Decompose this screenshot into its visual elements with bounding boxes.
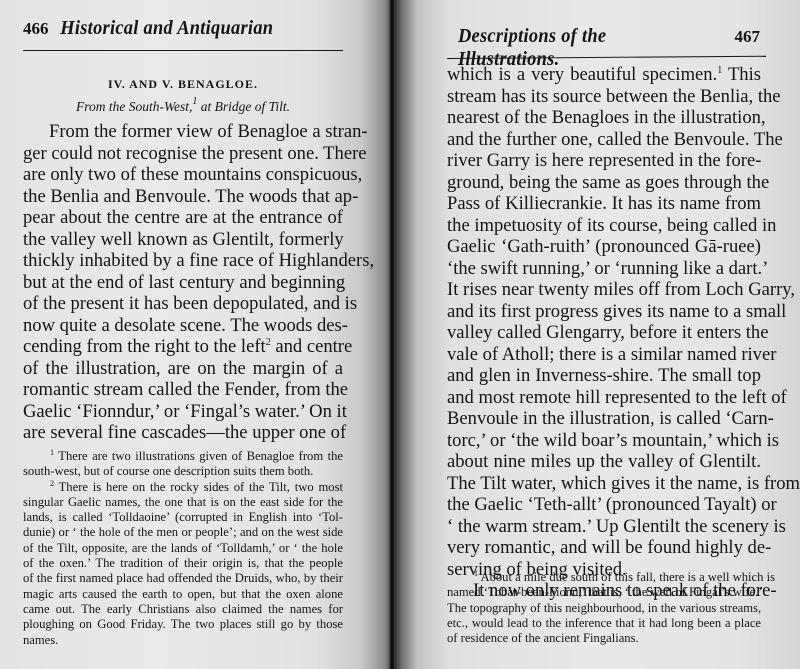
footnote-line: The topography of this neighbourhood, in… bbox=[447, 601, 761, 616]
body-line: river Garry is here represented in the f… bbox=[447, 150, 761, 172]
subtitle-tail: at Bridge of Tilt. bbox=[197, 99, 290, 114]
body-line: and most remote hill represented to the … bbox=[447, 387, 761, 409]
body-line: ‘ the warm stream.’ Up Glentilt the scen… bbox=[447, 516, 761, 538]
footnote-line: 1 There are two illustrations given of B… bbox=[23, 449, 343, 464]
body-line-text: cending from the right to the left bbox=[23, 336, 266, 357]
left-page: 466 Historical and Antiquarian IV. AND V… bbox=[0, 0, 393, 669]
body-line: and the further one, called the Benvoule… bbox=[447, 129, 761, 151]
footnote-text: There is here on the rocky sides of the … bbox=[59, 480, 343, 494]
footnote-marker: 1 bbox=[474, 569, 478, 578]
page-number: 467 bbox=[735, 27, 761, 47]
footnote-line: etc., would lead to the inference that i… bbox=[447, 616, 761, 631]
footnotes: 1 About a mile due south of this fall, t… bbox=[447, 570, 761, 646]
running-title: Historical and Antiquarian bbox=[61, 17, 274, 40]
right-page: Descriptions of the Illustrations. 467 w… bbox=[393, 0, 800, 669]
body-line: Gaelic ‘Fionndur,’ or ‘Fingal’s water.’ … bbox=[23, 401, 343, 423]
body-line: the Gaelic ‘Teth-allt’ (pronounced Tayal… bbox=[447, 494, 761, 516]
footnote-line: named ‘Tobar-bean-Fionn,’ that is, ‘ the… bbox=[447, 585, 761, 600]
body-line: ger could not recognise the present one.… bbox=[23, 143, 343, 165]
footnote-text: About a mile due south of this fall, the… bbox=[480, 570, 775, 584]
section-heading: IV. AND V. BENAGLOE. bbox=[23, 77, 343, 92]
body-line: Pass of Killiecrankie. It has its name f… bbox=[447, 193, 761, 215]
footnote-text: There are two illustrations given of Ben… bbox=[58, 449, 343, 463]
footnote-line: came out. The early Christians also clai… bbox=[23, 602, 343, 617]
footnote-line: south-west, but of course one descriptio… bbox=[23, 464, 343, 479]
body-line: The Tilt water, which gives it the name,… bbox=[447, 473, 761, 495]
footnote-line: dunie) or ‘ the hole of the men or peopl… bbox=[23, 525, 343, 540]
footnote-line: ploughing on Good Friday. The two places… bbox=[23, 617, 343, 632]
left-running-head: 466 Historical and Antiquarian bbox=[23, 17, 343, 40]
body-line: but at the end of last century and begin… bbox=[23, 272, 343, 294]
body-line-text: which is a very beautiful specimen. bbox=[447, 64, 717, 85]
book-spine bbox=[389, 0, 395, 669]
body-line: very romantic, and will be found highly … bbox=[447, 537, 761, 559]
footnotes: 1 There are two illustrations given of B… bbox=[23, 449, 343, 648]
body-line: of the illustration, are on the margin o… bbox=[23, 358, 343, 380]
body-line: ‘the swift running,’ or ‘running like a … bbox=[447, 258, 761, 280]
body-line-tail: and centre bbox=[271, 336, 353, 357]
body-line: thickly inhabited by a fine race of High… bbox=[23, 250, 343, 272]
body-line: of the present it has been depopulated, … bbox=[23, 293, 343, 315]
body-line: are only two of these mountains conspicu… bbox=[23, 164, 343, 186]
footnote-line: 2 There is here on the rocky sides of th… bbox=[23, 480, 343, 495]
body-line: ground, being the same as goes through t… bbox=[447, 172, 761, 194]
subtitle-text: From the South-West, bbox=[76, 99, 192, 114]
footnote-line: of residence of the ancient Fingalians. bbox=[447, 631, 761, 646]
body-line: which is a very beautiful specimen.1 Thi… bbox=[447, 64, 761, 86]
footnote-line: 1 About a mile due south of this fall, t… bbox=[447, 570, 761, 585]
book-spread: 466 Historical and Antiquarian IV. AND V… bbox=[0, 0, 800, 669]
body-line: torc,’ or ‘the wild boar’s mountain,’ wh… bbox=[447, 430, 761, 452]
body-line: It rises near twenty miles off from Loch… bbox=[447, 279, 761, 301]
footnote-marker: 1 bbox=[50, 448, 54, 457]
body-text: From the former view of Benagloe a stran… bbox=[23, 121, 343, 444]
footnote-marker: 2 bbox=[50, 479, 54, 488]
body-line: pear about the centre are at the entranc… bbox=[23, 207, 343, 229]
body-line: Gaelic ‘Gath-ruith’ (pronounced Gā-ruee) bbox=[447, 236, 761, 258]
body-line: the impetuosity of its course, being cal… bbox=[447, 215, 761, 237]
body-line: From the former view of Benagloe a stran… bbox=[23, 121, 343, 143]
body-line: romantic stream called the Fender, from … bbox=[23, 379, 343, 401]
footnote-line: of the Tilt, opposite, are the lands of … bbox=[23, 541, 343, 556]
page-number: 466 bbox=[23, 19, 49, 39]
body-line: the valley well known as Glentilt, forme… bbox=[23, 229, 343, 251]
body-line: valley called Glengarry, before it enter… bbox=[447, 322, 761, 344]
body-line: stream has its source between the Benlia… bbox=[447, 86, 761, 108]
body-line: and glen in Inverness-shire. The small t… bbox=[447, 365, 761, 387]
header-rule bbox=[23, 50, 343, 51]
body-line: and its first progress gives its name to… bbox=[447, 301, 761, 323]
footnote-line: of the first named place had offended th… bbox=[23, 571, 343, 586]
body-line-tail: This bbox=[722, 64, 761, 85]
body-line: are several fine cascades—the upper one … bbox=[23, 422, 343, 444]
body-line: nearest of the Benagloes in the illustra… bbox=[447, 107, 761, 129]
footnote-line: names. bbox=[23, 633, 343, 648]
body-line: cending from the right to the left2 and … bbox=[23, 336, 343, 358]
footnote-line: magic arts caused the earth to open, but… bbox=[23, 587, 343, 602]
body-line: the Benlia and Benvoule. The woods that … bbox=[23, 186, 343, 208]
footnote-line: of the oxen.’ The tradition of their ori… bbox=[23, 556, 343, 571]
body-line: now quite a desolate scene. The woods de… bbox=[23, 315, 343, 337]
footnote-line: lands, is called ‘Tolldaoine’ (corrupted… bbox=[23, 510, 343, 525]
body-line: about nine miles up the valley of Glenti… bbox=[447, 451, 761, 473]
section-subtitle: From the South-West,1 at Bridge of Tilt. bbox=[23, 99, 343, 115]
body-line: vale of Atholl; there is a similar named… bbox=[447, 344, 761, 366]
footnote-line: singular Gaelic names, the one that is o… bbox=[23, 495, 343, 510]
body-text: which is a very beautiful specimen.1 Thi… bbox=[447, 64, 761, 602]
body-line: Benvoule in the illustration, is called … bbox=[447, 408, 761, 430]
